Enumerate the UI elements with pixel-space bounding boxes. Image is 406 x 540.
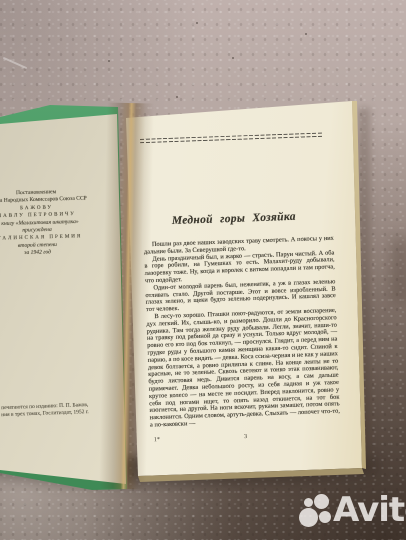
background-scratch — [3, 57, 28, 69]
right-page-content: Медной горы Хозяйка Пошли раз двое наших… — [140, 132, 342, 444]
book-photo: Постановлением Совета Народных Комиссаро… — [0, 0, 406, 540]
avito-logo-icon — [319, 511, 331, 523]
avito-wordmark: Avito — [333, 492, 406, 528]
signature-mark: 1* — [154, 435, 160, 443]
background-speck — [108, 60, 110, 62]
page-number: 3 — [244, 432, 247, 439]
background-speck — [176, 96, 178, 98]
background-speck — [196, 22, 198, 24]
background-shadow-blot — [392, 238, 406, 302]
background-speck — [305, 33, 307, 35]
page-footer: 1* 3 — [150, 429, 340, 445]
avito-logo-icon — [299, 508, 318, 527]
background-speck — [232, 57, 234, 59]
story-title: Медной горы Хозяйка — [143, 210, 325, 229]
ornamental-rule — [140, 133, 322, 146]
book-gutter — [99, 103, 154, 490]
avito-logo-icon — [314, 494, 329, 509]
story-paragraph: В лесу-то хорошо. Пташки поют-радуются, … — [146, 307, 340, 429]
story-body: Пошли раз двое наших заводских траву смо… — [144, 235, 341, 429]
avito-logo-icon — [304, 498, 313, 507]
